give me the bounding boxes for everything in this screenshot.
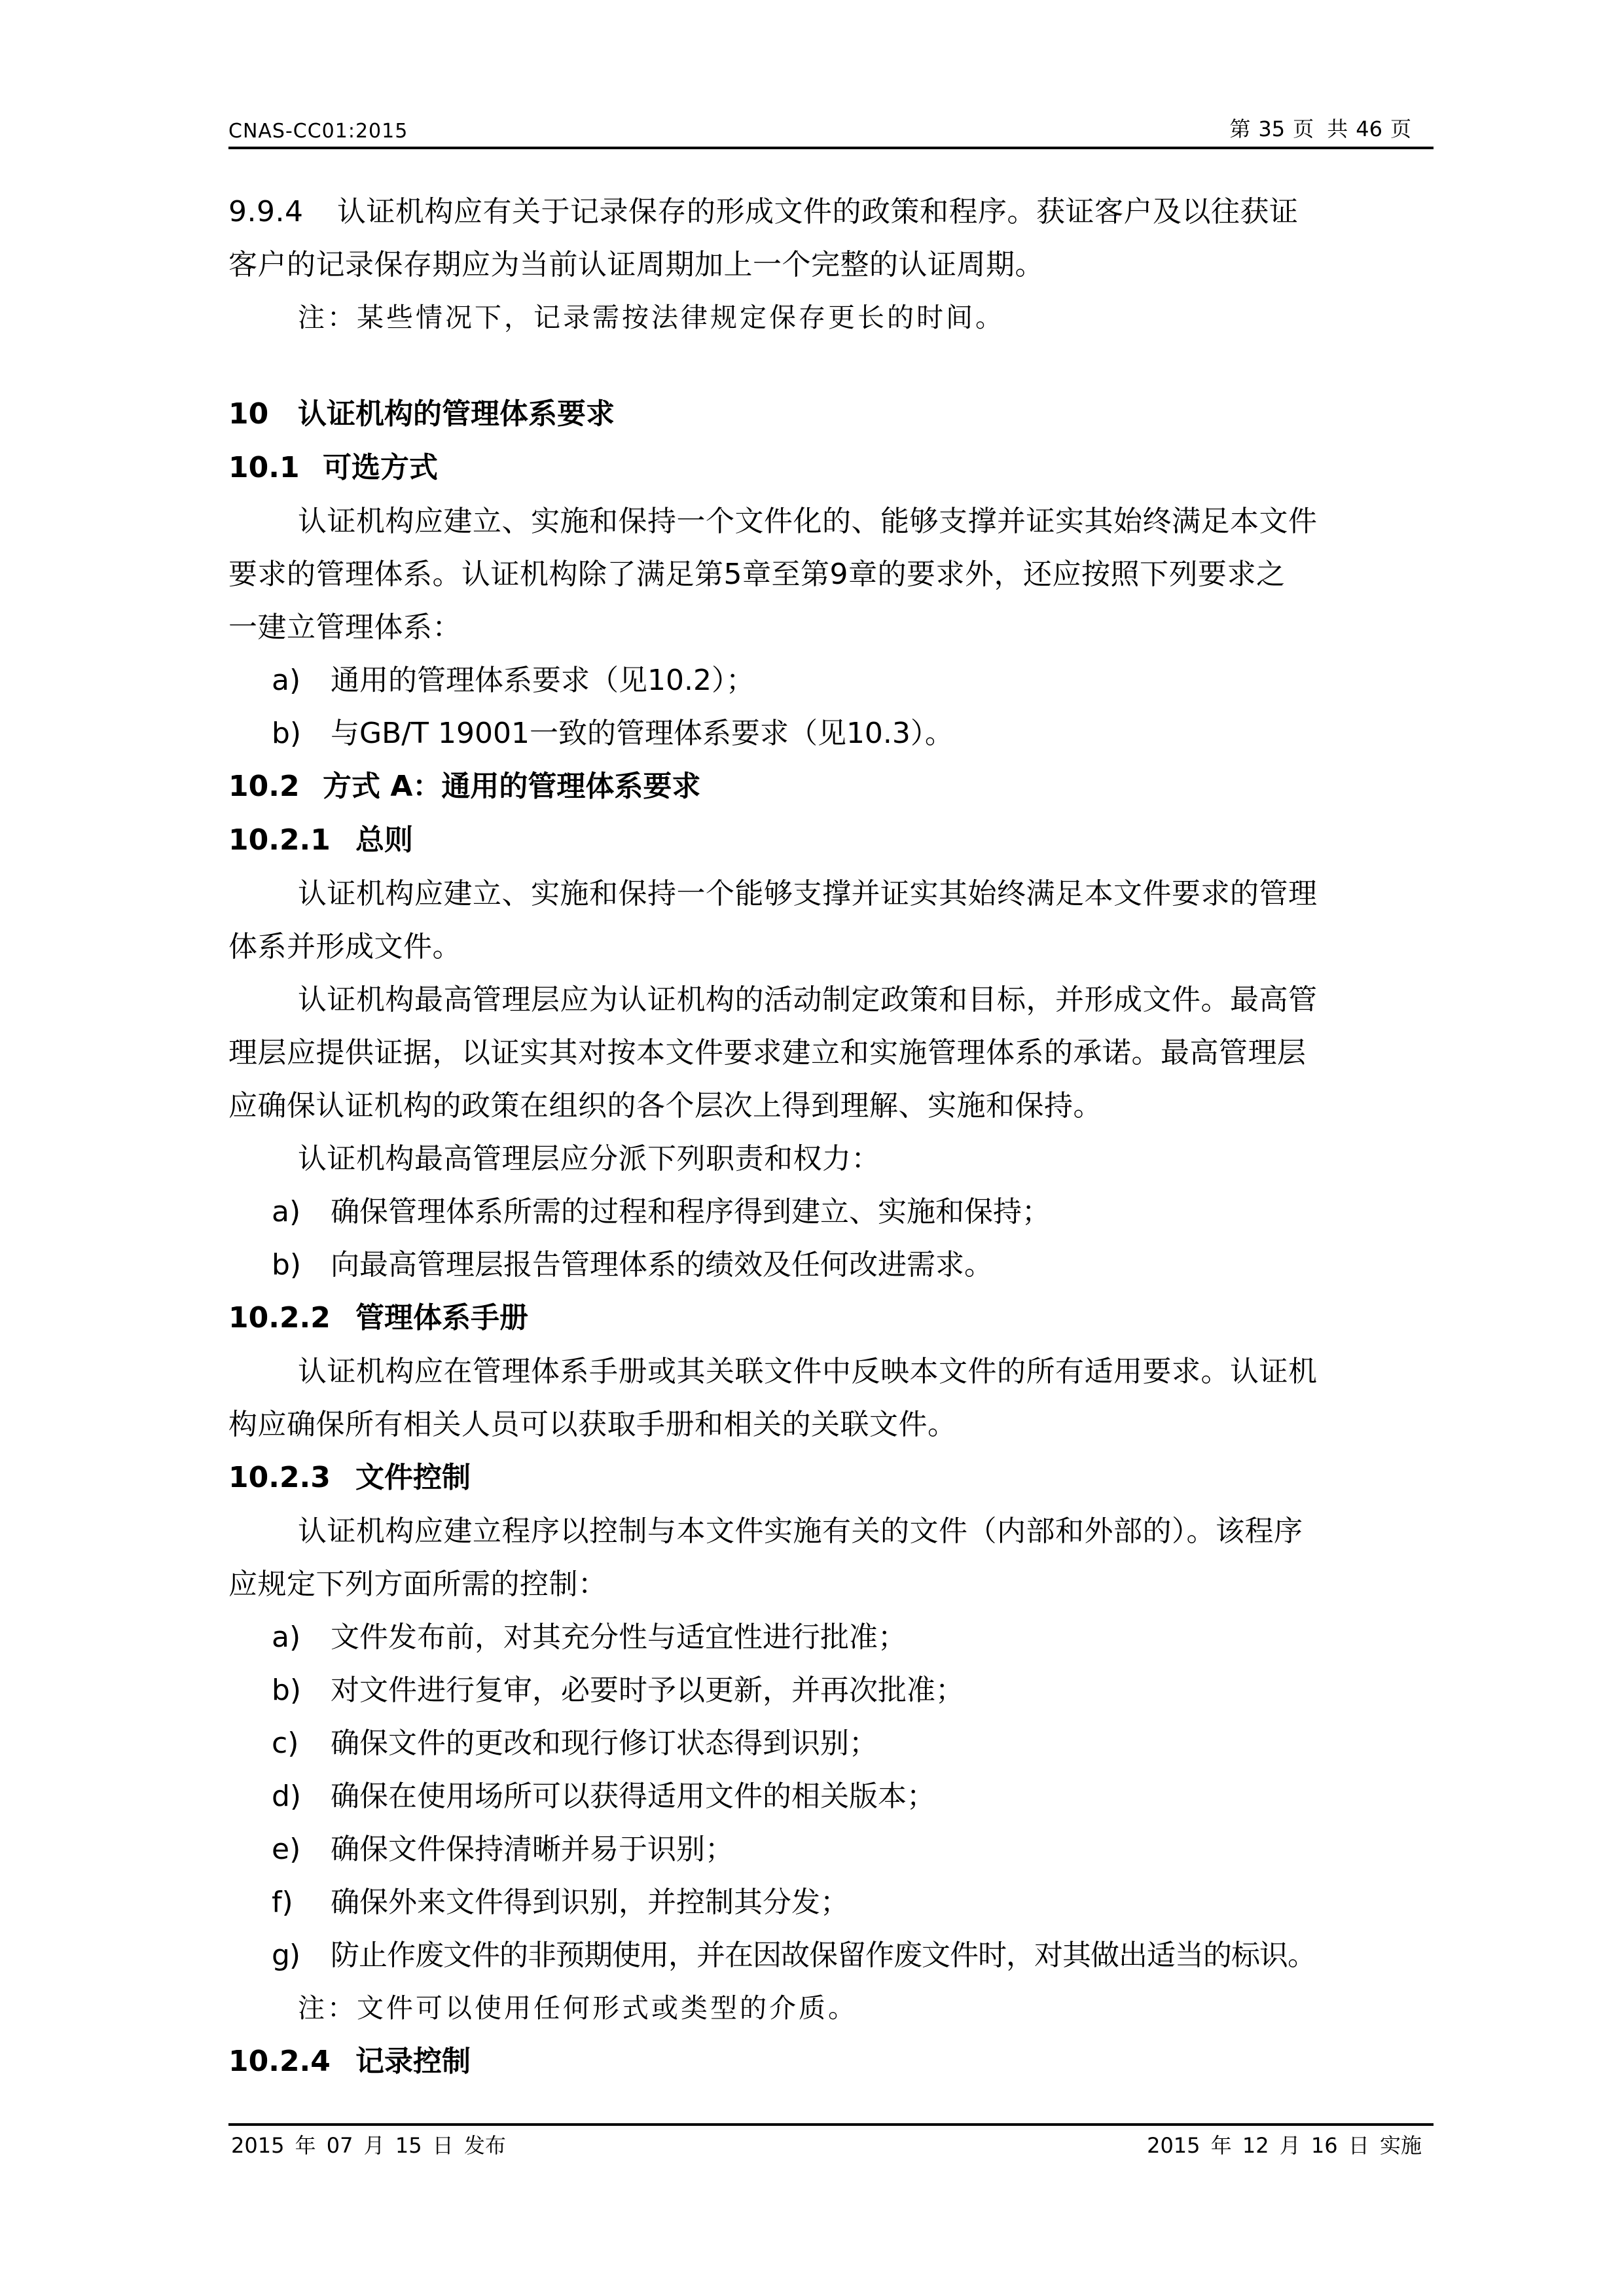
list-label: a) xyxy=(272,1185,300,1238)
section-title: 文件控制 xyxy=(355,1461,471,1494)
paragraph: 认证机构最高管理层应为认证机构的活动制定政策和目标，并形成文件。最高管 理层应提… xyxy=(228,973,1434,1132)
page-label-suffix: 页 xyxy=(1390,117,1411,141)
list-text: 通用的管理体系要求（见10.2）； xyxy=(331,664,755,697)
list-label: f) xyxy=(272,1876,293,1929)
list-item: d)确保在使用场所可以获得适用文件的相关版本； xyxy=(228,1770,1434,1823)
list-label: d) xyxy=(272,1770,301,1823)
list-item: a)确保管理体系所需的过程和程序得到建立、实施和保持； xyxy=(228,1185,1434,1238)
paragraph: 认证机构应建立、实施和保持一个文件化的、能够支撑并证实其始终满足本文件 要求的管… xyxy=(228,495,1434,654)
paragraph-line: 认证机构最高管理层应分派下列职责和权力： xyxy=(228,1132,1434,1185)
paragraph-line: 应确保认证机构的政策在组织的各个层次上得到理解、实施和保持。 xyxy=(228,1079,1434,1132)
section-number: 9.9.4 xyxy=(228,185,337,238)
paragraph-line: 构应确保所有相关人员可以获取手册和相关的关联文件。 xyxy=(228,1398,1434,1451)
paragraph-line: 认证机构应在管理体系手册或其关联文件中反映本文件的所有适用要求。认证机 xyxy=(228,1345,1434,1398)
document-id: CNAS-CC01:2015 xyxy=(228,120,408,143)
heading-section-10-2-1: 10.2.1总则 xyxy=(228,814,1434,867)
heading-section-10-2-3: 10.2.3文件控制 xyxy=(228,1451,1434,1505)
heading-section-10-1: 10.1可选方式 xyxy=(228,441,1434,495)
paragraph-line: 理层应提供证据，以证实其对按本文件要求建立和实施管理体系的承诺。最高管理层 xyxy=(228,1026,1434,1079)
paragraph-line: 应规定下列方面所需的控制： xyxy=(228,1558,1434,1611)
current-page: 35 xyxy=(1258,117,1285,141)
list-text: 确保外来文件得到识别，并控制其分发； xyxy=(331,1886,849,1919)
section-title: 记录控制 xyxy=(355,2045,471,2078)
section-title: 管理体系手册 xyxy=(355,1301,528,1335)
page-label-mid: 页 共 xyxy=(1293,117,1348,141)
footer-rule xyxy=(228,2123,1434,2126)
page-label-prefix: 第 xyxy=(1229,117,1250,141)
list-item: a)文件发布前，对其充分性与适宜性进行批准； xyxy=(228,1611,1434,1664)
list-text: 确保文件保持清晰并易于识别； xyxy=(331,1833,734,1866)
page-number: 第35页 共46页 xyxy=(1225,113,1415,143)
section-title: 认证机构的管理体系要求 xyxy=(298,397,615,431)
list-text: 确保管理体系所需的过程和程序得到建立、实施和保持； xyxy=(331,1195,1051,1229)
list-label: b) xyxy=(272,1238,301,1291)
list-text: 文件发布前，对其充分性与适宜性进行批准； xyxy=(331,1621,907,1654)
heading-section-10-2: 10.2方式 A：通用的管理体系要求 xyxy=(228,760,1434,814)
note: 注：某些情况下，记录需按法律规定保存更长的时间。 xyxy=(228,291,1434,344)
list-text: 对文件进行复审，必要时予以更新，并再次批准； xyxy=(331,1674,964,1707)
document-body: 9.9.4认证机构应有关于记录保存的形成文件的政策和程序。获证客户及以往获证 客… xyxy=(228,185,1434,2089)
issue-date: 2015 年 07 月 15 日 发布 xyxy=(231,2131,506,2160)
list-item: a)通用的管理体系要求（见10.2）； xyxy=(228,654,1434,707)
paragraph: 认证机构应建立、实施和保持一个能够支撑并证实其始终满足本文件要求的管理 体系并形… xyxy=(228,867,1434,973)
list-item: e)确保文件保持清晰并易于识别； xyxy=(228,1823,1434,1876)
list-label: b) xyxy=(272,1664,301,1717)
paragraph: 认证机构最高管理层应分派下列职责和权力： xyxy=(228,1132,1434,1185)
paragraph-line: 认证机构应有关于记录保存的形成文件的政策和程序。获证客户及以往获证 xyxy=(337,195,1299,228)
list-text: 防止作废文件的非预期使用，并在因故保留作废文件时，对其做出适当的标识。 xyxy=(331,1939,1316,1972)
section-number: 10.2.4 xyxy=(228,2035,355,2089)
list-label: a) xyxy=(272,1611,300,1664)
paragraph-line: 一建立管理体系： xyxy=(228,601,1434,654)
paragraph-line: 体系并形成文件。 xyxy=(228,920,1434,973)
list-label: e) xyxy=(272,1823,300,1876)
list-item: f)确保外来文件得到识别，并控制其分发； xyxy=(228,1876,1434,1929)
list-text: 确保在使用场所可以获得适用文件的相关版本； xyxy=(331,1780,935,1813)
section-9-9-4: 9.9.4认证机构应有关于记录保存的形成文件的政策和程序。获证客户及以往获证 客… xyxy=(228,185,1434,344)
section-number: 10.2.3 xyxy=(228,1451,355,1505)
list-text: 确保文件的更改和现行修订状态得到识别； xyxy=(331,1727,878,1760)
list-label: g) xyxy=(272,1929,300,1982)
list-item: c)确保文件的更改和现行修订状态得到识别； xyxy=(228,1717,1434,1770)
heading-section-10: 10认证机构的管理体系要求 xyxy=(228,387,1434,441)
paragraph: 认证机构应在管理体系手册或其关联文件中反映本文件的所有适用要求。认证机 构应确保… xyxy=(228,1345,1434,1451)
implementation-date: 2015 年 12 月 16 日 实施 xyxy=(1147,2131,1422,2160)
total-pages: 46 xyxy=(1356,117,1382,141)
paragraph-line: 要求的管理体系。认证机构除了满足第5章至第9章的要求外，还应按照下列要求之 xyxy=(228,548,1434,601)
list-label: b) xyxy=(272,707,301,760)
section-number: 10 xyxy=(228,387,298,441)
list-label: c) xyxy=(272,1717,298,1770)
list-label: a) xyxy=(272,654,300,707)
section-title: 方式 A：通用的管理体系要求 xyxy=(323,770,700,803)
section-title: 总则 xyxy=(355,823,413,857)
heading-section-10-2-2: 10.2.2管理体系手册 xyxy=(228,1291,1434,1345)
page-header: CNAS-CC01:2015 第35页 共46页 xyxy=(228,113,1434,149)
paragraph-line: 认证机构应建立程序以控制与本文件实施有关的文件（内部和外部的）。该程序 xyxy=(228,1505,1434,1558)
paragraph-line: 认证机构最高管理层应为认证机构的活动制定政策和目标，并形成文件。最高管 xyxy=(228,973,1434,1026)
section-number: 10.1 xyxy=(228,441,323,495)
list-item: g)防止作废文件的非预期使用，并在因故保留作废文件时，对其做出适当的标识。 xyxy=(228,1929,1434,1982)
paragraph: 认证机构应建立程序以控制与本文件实施有关的文件（内部和外部的）。该程序 应规定下… xyxy=(228,1505,1434,1611)
paragraph-line: 认证机构应建立、实施和保持一个文件化的、能够支撑并证实其始终满足本文件 xyxy=(228,495,1434,548)
section-number: 10.2.1 xyxy=(228,814,355,867)
list-text: 与GB/T 19001一致的管理体系要求（见10.3）。 xyxy=(331,717,954,750)
list-item: b)向最高管理层报告管理体系的绩效及任何改进需求。 xyxy=(228,1238,1434,1291)
section-number: 10.2 xyxy=(228,760,323,814)
list-item: b)与GB/T 19001一致的管理体系要求（见10.3）。 xyxy=(228,707,1434,760)
heading-section-10-2-4: 10.2.4记录控制 xyxy=(228,2035,1434,2089)
list-item: b)对文件进行复审，必要时予以更新，并再次批准； xyxy=(228,1664,1434,1717)
list-text: 向最高管理层报告管理体系的绩效及任何改进需求。 xyxy=(331,1248,993,1282)
paragraph-line: 认证机构应建立、实施和保持一个能够支撑并证实其始终满足本文件要求的管理 xyxy=(228,867,1434,920)
note: 注：文件可以使用任何形式或类型的介质。 xyxy=(228,1982,1434,2035)
paragraph-line: 客户的记录保存期应为当前认证周期加上一个完整的认证周期。 xyxy=(228,238,1434,291)
section-number: 10.2.2 xyxy=(228,1291,355,1345)
section-title: 可选方式 xyxy=(323,451,438,484)
